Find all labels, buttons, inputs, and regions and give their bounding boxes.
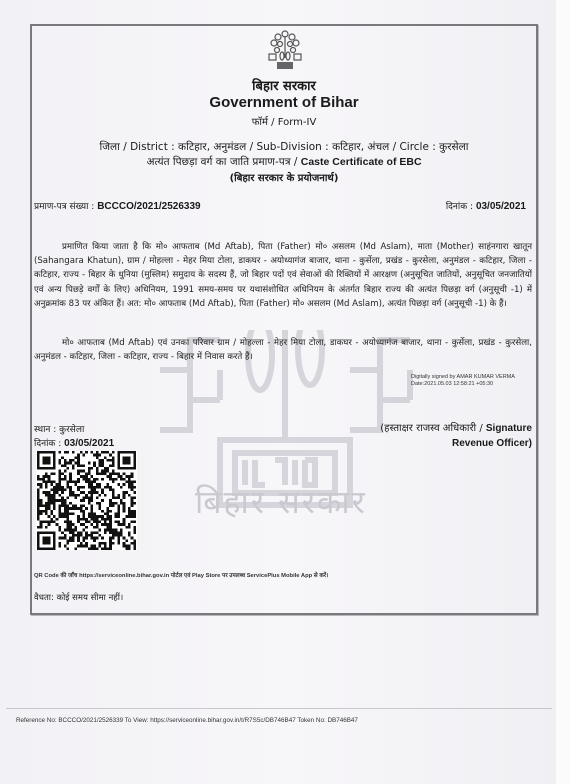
- footer-reference: Reference No: BCCCO/2021/2526339 To View…: [16, 717, 358, 724]
- validity-note: वैधता: कोई समय सीमा नहीं।: [34, 592, 123, 603]
- certificate-title-english: Caste Certificate of EBC: [301, 156, 422, 168]
- header-english-title: Government of Bihar: [30, 94, 538, 111]
- digital-signature-date: Date:2021.05.03 12:58:21 +05:30: [411, 381, 515, 388]
- qr-code-icon[interactable]: [36, 451, 137, 550]
- footer-divider: [6, 708, 552, 709]
- signature-designation: Revenue Officer): [380, 436, 532, 451]
- issue-date-value: 03/05/2021: [476, 201, 526, 212]
- circle-value: कुरसेला: [439, 141, 468, 153]
- district-value: कटिहार,: [178, 141, 210, 153]
- place-label: स्थान :: [34, 425, 56, 435]
- purpose: (बिहार सरकार के प्रयोजनार्थ): [30, 170, 538, 184]
- form-label: फॉर्म / Form-IV: [30, 114, 538, 128]
- certificate-number-value: BCCCO/2021/2526339: [97, 201, 200, 212]
- view-label: To View:: [125, 717, 149, 724]
- digital-signature-signer: Digitally signed by AMAR KUMAR VERMA: [411, 374, 515, 381]
- reference-number: BCCCO/2021/2526339: [58, 717, 123, 724]
- bihar-emblem-logo-icon: [263, 28, 307, 70]
- header-hindi-title: बिहार सरकार: [30, 76, 538, 94]
- place-value: कुरसेला: [59, 425, 84, 435]
- issue-date-label: दिनांक :: [446, 202, 473, 212]
- signature-block: (हस्ताक्षर राजस्व अधिकारी / Signature Re…: [380, 421, 532, 451]
- token-number: DB746B47: [327, 717, 357, 724]
- place-date-label: दिनांक :: [34, 439, 61, 449]
- place: स्थान : कुरसेला: [34, 422, 84, 435]
- signature-label-english: Signature: [486, 423, 532, 434]
- reference-label: Reference No:: [16, 717, 57, 724]
- circle-label: अंचल / Circle :: [367, 141, 435, 153]
- digital-signature: Digitally signed by AMAR KUMAR VERMA Dat…: [411, 374, 515, 388]
- certificate-body-paragraph-2: मो० आफताब (Md Aftab) एवं उनका परिवार ग्र…: [34, 336, 532, 364]
- certificate-page: बिहार सरकार बिहार सरकार Government of Bi…: [0, 0, 570, 784]
- certificate-number: प्रमाण-पत्र संख्या : BCCCO/2021/2526339: [34, 199, 201, 212]
- signature-label-hindi: (हस्ताक्षर राजस्व अधिकारी /: [380, 423, 482, 434]
- view-url-link[interactable]: https://serviceonline.bihar.gov.in/t/R7S…: [150, 717, 296, 724]
- subdivision-value: कटिहार,: [332, 141, 364, 153]
- scan-edge: [556, 0, 570, 784]
- place-date-value: 03/05/2021: [64, 438, 114, 449]
- place-date: दिनांक : 03/05/2021: [34, 436, 114, 449]
- watermark-text: बिहार सरकार: [195, 480, 367, 523]
- certificate-title: अत्यंत पिछड़ा वर्ग का जाति प्रमाण-पत्र /…: [30, 155, 538, 169]
- location-line: जिला / District : कटिहार, अनुमंडल / Sub-…: [30, 140, 538, 154]
- subdivision-label: अनुमंडल / Sub-Division :: [213, 141, 328, 153]
- qr-verification-note: QR Code की जाँच https://serviceonline.bi…: [34, 572, 334, 581]
- certificate-number-label: प्रमाण-पत्र संख्या :: [34, 202, 94, 212]
- certificate-title-hindi: अत्यंत पिछड़ा वर्ग का जाति प्रमाण-पत्र /: [146, 156, 297, 168]
- certificate-body-paragraph-1: प्रमाणित किया जाता है कि मो० आफताब (Md A…: [34, 240, 532, 311]
- token-label: Token No:: [297, 717, 325, 724]
- district-label: जिला / District :: [100, 141, 175, 153]
- issue-date: दिनांक : 03/05/2021: [446, 199, 526, 212]
